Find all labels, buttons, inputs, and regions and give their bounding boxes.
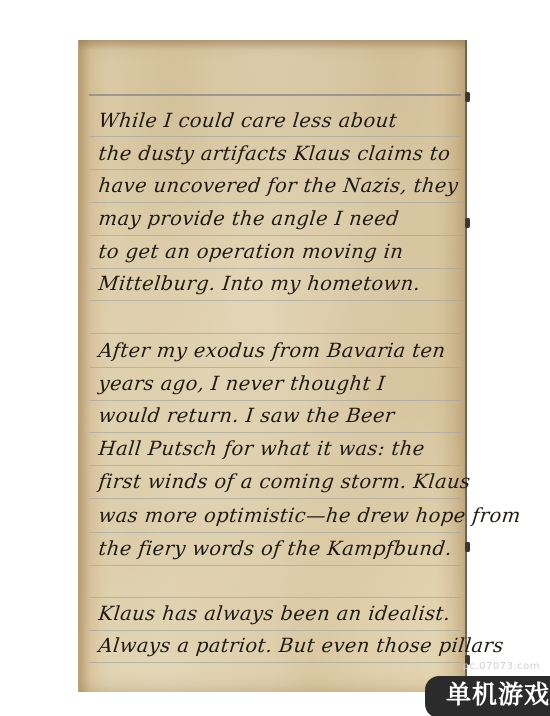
handwritten-line: to get an operation moving in [97,235,460,268]
handwritten-line: After my exodus from Bavaria ten [97,334,460,367]
rule-line [89,565,461,566]
handwritten-line: would return. I saw the Beer [97,399,460,432]
handwritten-line: years ago, I never thought I [97,367,460,400]
rule-line [89,300,461,301]
rule-line [89,662,461,663]
binding-ring-mark [465,218,470,228]
handwritten-line: Always a patriot. But even those pillars [97,629,460,662]
header-rule-line [89,94,461,96]
watermark-url: pc.07073.com [463,661,540,672]
handwritten-line: Mittelburg. Into my hometown. [97,267,460,300]
watermark-title: 单机游戏 [446,680,550,710]
handwritten-line: the dusty artifacts Klaus claims to [97,137,460,170]
journal-page: While I could care less about the dusty … [78,40,467,692]
handwritten-line: the fiery words of the Kampfbund. [97,532,460,565]
binding-ring-mark [465,92,470,102]
handwritten-line: may provide the angle I need [97,202,460,235]
handwritten-line: Klaus has always been an idealist. [97,597,460,630]
handwritten-line: was more optimistic—he drew hope from [97,499,460,532]
handwritten-line: Hall Putsch for what it was: the [97,432,460,465]
handwritten-line: have uncovered for the Nazis, they [97,169,460,202]
handwritten-line: While I could care less about [97,104,460,137]
handwritten-line: first winds of a coming storm. Klaus [97,465,460,498]
binding-ring-mark [465,542,470,552]
